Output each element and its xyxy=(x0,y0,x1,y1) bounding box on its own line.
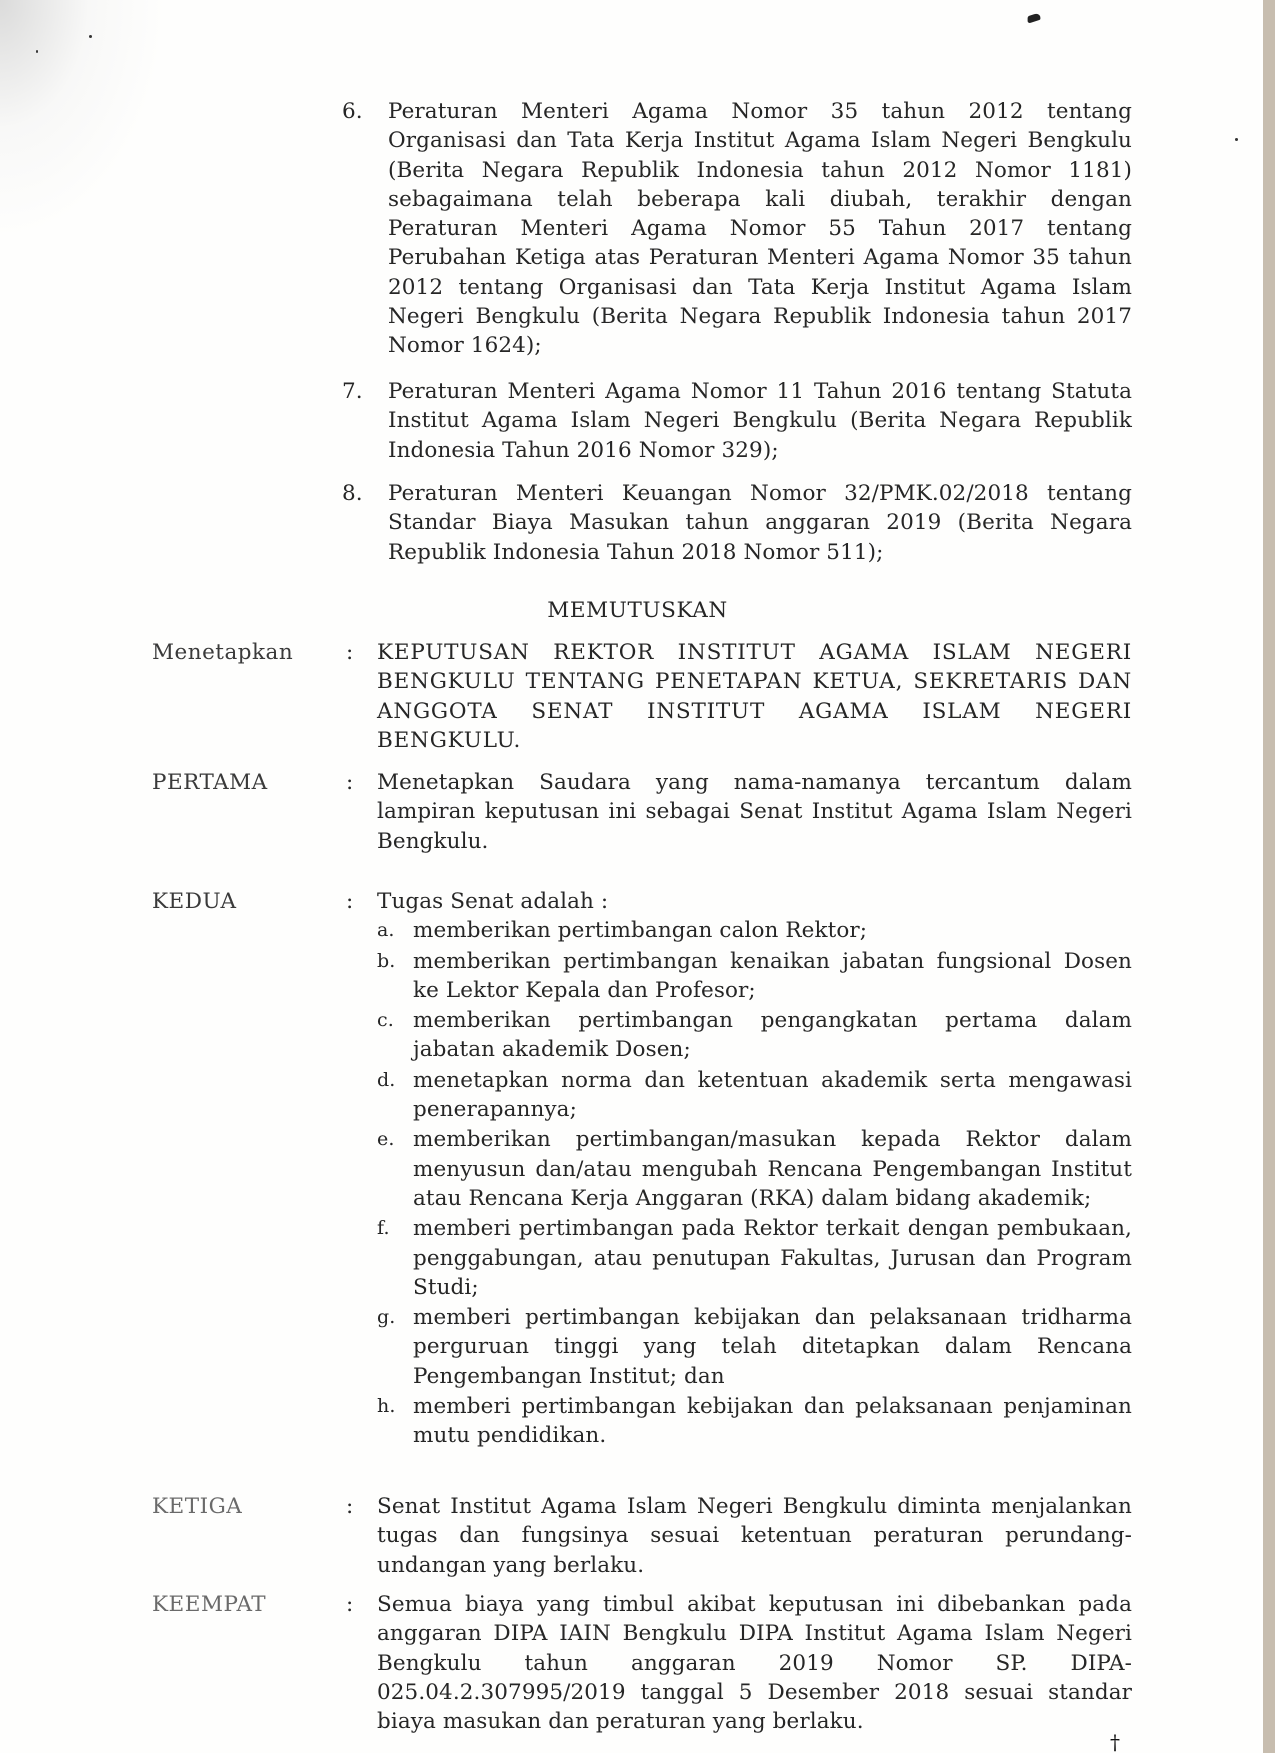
paraf-initial-mark: † xyxy=(1110,1732,1120,1752)
item-text: Peraturan Menteri Agama Nomor 11 Tahun 2… xyxy=(388,377,1132,465)
item-letter: b. xyxy=(377,947,395,976)
colon: : xyxy=(346,1590,353,1619)
item-number: 6. xyxy=(342,97,363,126)
colon: : xyxy=(346,887,353,916)
scan-speck xyxy=(36,50,38,53)
item-text: memberi pertimbangan kebijakan dan pelak… xyxy=(413,1305,1132,1389)
item-text: memberikan pertimbangan/masukan kepada R… xyxy=(413,1127,1132,1211)
scan-speck xyxy=(1235,138,1238,141)
scan-speck xyxy=(89,35,92,38)
item-number: 8. xyxy=(342,479,363,508)
item-text: memberikan pertimbangan pengangkatan per… xyxy=(413,1008,1132,1062)
item-letter: e. xyxy=(377,1125,394,1154)
duties-list: a.memberikan pertimbangan calon Rektor; … xyxy=(377,916,1132,1450)
item-text: Peraturan Menteri Agama Nomor 35 tahun 2… xyxy=(388,97,1132,361)
section-text: Semua biaya yang timbul akibat keputusan… xyxy=(377,1590,1132,1736)
scan-shadow xyxy=(0,0,180,260)
item-letter: h. xyxy=(377,1392,395,1421)
scan-edge-strip xyxy=(1263,0,1275,1753)
section-label: PERTAMA xyxy=(152,768,268,797)
item-text: Peraturan Menteri Keuangan Nomor 32/PMK.… xyxy=(388,479,1132,567)
duty-item: c.memberikan pertimbangan pengangkatan p… xyxy=(377,1006,1132,1065)
section-label: KETIGA xyxy=(152,1492,242,1521)
duty-item: a.memberikan pertimbangan calon Rektor; xyxy=(377,916,1132,945)
item-number: 7. xyxy=(342,377,363,406)
duty-item: b.memberikan pertimbangan kenaikan jabat… xyxy=(377,947,1132,1006)
colon: : xyxy=(346,1492,353,1521)
section-keempat: KEEMPAT : Semua biaya yang timbul akibat… xyxy=(152,1590,1132,1736)
section-pertama: PERTAMA : Menetapkan Saudara yang nama-n… xyxy=(152,768,1132,856)
item-letter: c. xyxy=(377,1006,394,1035)
duty-item: e.memberikan pertimbangan/masukan kepada… xyxy=(377,1125,1132,1213)
section-text: KEPUTUSAN REKTOR INSTITUT AGAMA ISLAM NE… xyxy=(377,638,1132,755)
section-ketiga: KETIGA : Senat Institut Agama Islam Nege… xyxy=(152,1492,1132,1580)
ink-mark xyxy=(1028,12,1041,24)
item-text: memberi pertimbangan pada Rektor terkait… xyxy=(413,1216,1132,1300)
item-text: menetapkan norma dan ketentuan akademik … xyxy=(413,1068,1132,1122)
item-text: memberikan pertimbangan calon Rektor; xyxy=(413,918,867,943)
section-text: Senat Institut Agama Islam Negeri Bengku… xyxy=(377,1492,1132,1580)
item-text: memberi pertimbangan kebijakan dan pelak… xyxy=(413,1394,1132,1448)
duty-item: g.memberi pertimbangan kebijakan dan pel… xyxy=(377,1303,1132,1391)
item-letter: f. xyxy=(377,1214,390,1243)
section-intro: Tugas Senat adalah : xyxy=(377,887,1132,916)
duty-item: d.menetapkan norma dan ketentuan akademi… xyxy=(377,1066,1132,1125)
section-label: Menetapkan xyxy=(152,638,293,667)
section-text: Menetapkan Saudara yang nama-namanya ter… xyxy=(377,768,1132,856)
section-label: KEDUA xyxy=(152,887,236,916)
colon: : xyxy=(346,638,353,667)
section-kedua: KEDUA : Tugas Senat adalah : a.memberika… xyxy=(152,887,1132,1452)
item-letter: g. xyxy=(377,1303,395,1332)
item-text: memberikan pertimbangan kenaikan jabatan… xyxy=(413,949,1132,1003)
section-menetapkan: Menetapkan : KEPUTUSAN REKTOR INSTITUT A… xyxy=(152,638,1132,755)
duty-item: f.memberi pertimbangan pada Rektor terka… xyxy=(377,1214,1132,1302)
consideration-item-8: 8. Peraturan Menteri Keuangan Nomor 32/P… xyxy=(342,479,1132,567)
decision-heading: MEMUTUSKAN xyxy=(0,598,1275,623)
duty-item: h.memberi pertimbangan kebijakan dan pel… xyxy=(377,1392,1132,1451)
consideration-item-7: 7. Peraturan Menteri Agama Nomor 11 Tahu… xyxy=(342,377,1132,465)
item-letter: d. xyxy=(377,1066,395,1095)
item-letter: a. xyxy=(377,916,395,945)
consideration-item-6: 6. Peraturan Menteri Agama Nomor 35 tahu… xyxy=(342,97,1132,361)
colon: : xyxy=(346,768,353,797)
section-content: Tugas Senat adalah : a.memberikan pertim… xyxy=(377,887,1132,1451)
section-label: KEEMPAT xyxy=(152,1590,266,1619)
